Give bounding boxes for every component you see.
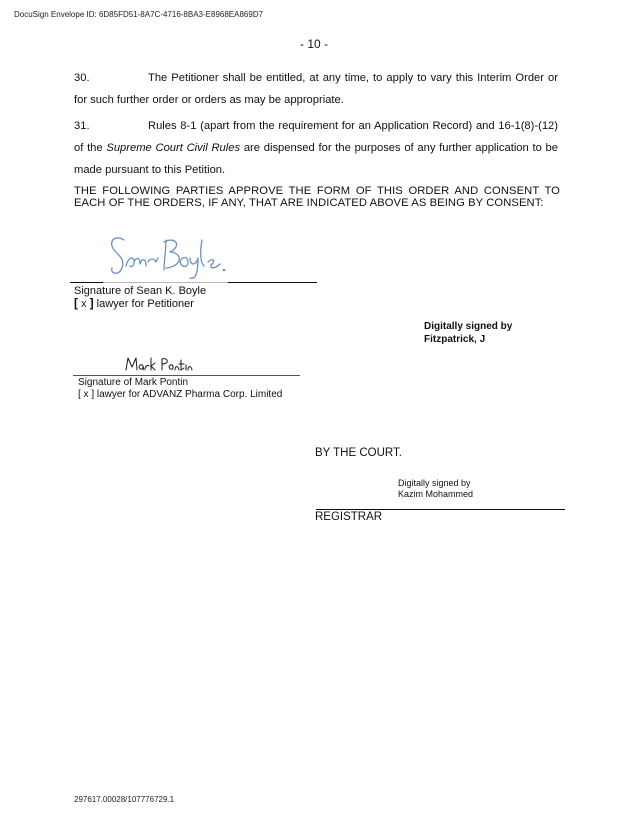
signature-block-advanz: Signature of Mark Pontin [ x ] lawyer fo… <box>78 377 282 401</box>
signature-line <box>228 282 317 283</box>
digital-signature-judge: Digitally signed by Fitzpatrick, J <box>424 320 512 346</box>
digital-signed-label: Digitally signed by <box>398 478 473 489</box>
signature-line <box>103 282 166 283</box>
by-the-court: BY THE COURT. <box>315 447 402 459</box>
signature-block-petitioner: Signature of Sean K. Boyle [ x ] lawyer … <box>74 285 206 310</box>
paragraph-31: 31.Rules 8-1 (apart from the requirement… <box>74 115 558 181</box>
docusign-envelope-id: DocuSign Envelope ID: 6D85FD51-8A7C-4716… <box>14 10 263 19</box>
paragraph-number: 30. <box>74 67 148 89</box>
signature-line <box>70 282 103 283</box>
signature-line <box>166 282 228 283</box>
consent-statement: THE FOLLOWING PARTIES APPROVE THE FORM O… <box>74 185 560 209</box>
signature-mark-pontin-image <box>124 355 194 373</box>
document-number: 297617.00028/107776729.1 <box>74 795 174 804</box>
rules-title: Supreme Court Civil Rules <box>106 142 240 154</box>
digital-signature-registrar: Digitally signed by Kazim Mohammed <box>398 478 473 500</box>
registrar-label: REGISTRAR <box>315 511 382 523</box>
signature-label: Signature of Mark Pontin <box>78 377 282 389</box>
consent-line-1: THE FOLLOWING PARTIES APPROVE THE FORM O… <box>74 185 560 197</box>
lawyer-role: [ x ] lawyer for Petitioner <box>74 297 206 310</box>
paragraph-number: 31. <box>74 115 148 137</box>
lawyer-role: [ x ] lawyer for ADVANZ Pharma Corp. Lim… <box>78 389 282 401</box>
paragraph-30: 30.The Petitioner shall be entitled, at … <box>74 67 558 111</box>
page-number: - 10 - <box>300 37 328 51</box>
registrar-signature-line <box>316 509 565 510</box>
signature-sean-boyle-image <box>104 228 228 282</box>
consent-line-2: EACH OF THE ORDERS, IF ANY, THAT ARE IND… <box>74 197 560 209</box>
judge-name: Fitzpatrick, J <box>424 333 512 346</box>
signature-line <box>73 375 300 376</box>
registrar-name: Kazim Mohammed <box>398 489 473 500</box>
digital-signed-label: Digitally signed by <box>424 320 512 333</box>
